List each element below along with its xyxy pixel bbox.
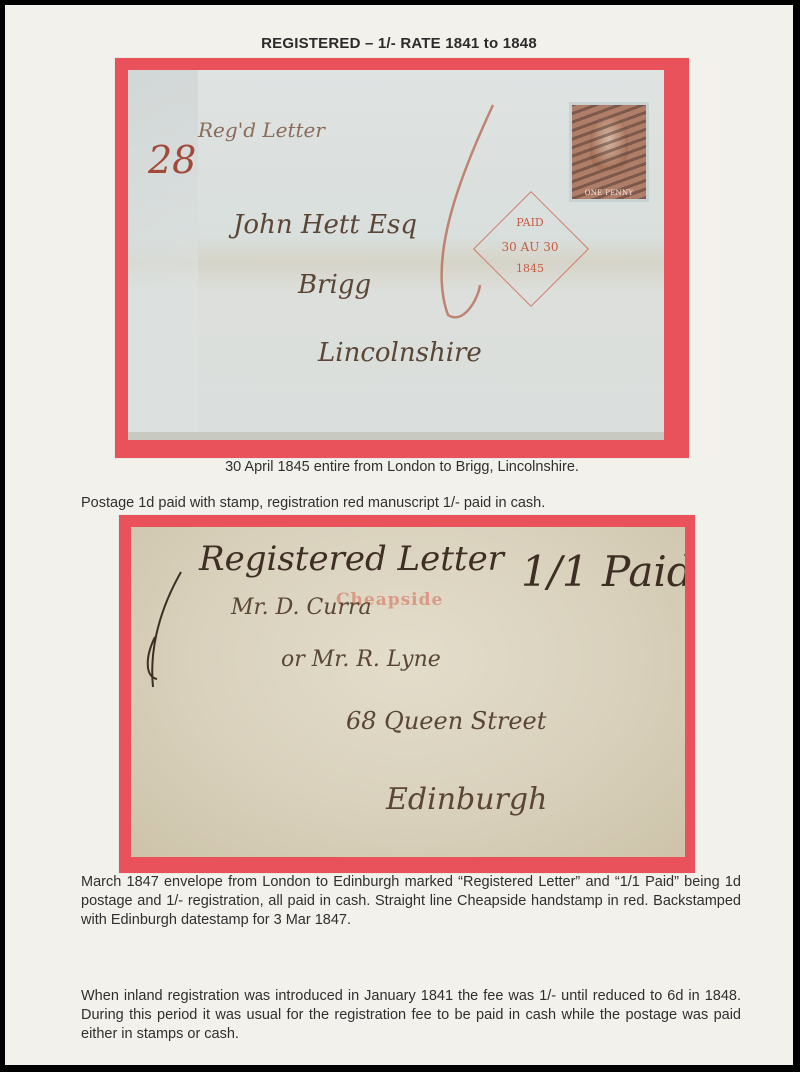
- album-page: REGISTERED – 1/- RATE 1841 to 1848 28 Re…: [5, 5, 793, 1065]
- address-line-2: Brigg: [298, 270, 371, 300]
- penny-red-stamp: ONE PENNY: [569, 102, 649, 202]
- entire-1845-image: 28 Reg'd Letter John Hett Esq Brigg Linc…: [128, 70, 664, 440]
- cancellation-marks: [572, 105, 646, 199]
- paid-inscription: 1/1 Paid.: [521, 547, 685, 596]
- stamp-value: ONE PENNY: [572, 189, 646, 197]
- address-line-3: Lincolnshire: [318, 338, 482, 368]
- cover-mount-1845: 28 Reg'd Letter John Hett Esq Brigg Linc…: [115, 58, 689, 458]
- caption-1847: March 1847 envelope from London to Edinb…: [81, 873, 741, 930]
- paper-edge: [128, 432, 664, 440]
- envelope-1847-image: Registered Letter 1/1 Paid. Cheapside Mr…: [131, 527, 685, 857]
- margin-manuscript: [141, 567, 191, 697]
- registered-letter-inscription: Registered Letter: [199, 539, 504, 579]
- cover-mount-1847: Registered Letter 1/1 Paid. Cheapside Mr…: [119, 515, 695, 873]
- address-line-1: John Hett Esq: [233, 210, 417, 240]
- address-line-3: 68 Queen Street: [346, 707, 546, 735]
- caption-1845: 30 April 1845 entire from London to Brig…: [115, 458, 689, 477]
- paid-stamp-label: PAID: [494, 216, 566, 229]
- address-line-4: Edinburgh: [386, 782, 547, 817]
- page-title: REGISTERED – 1/- RATE 1841 to 1848: [5, 35, 793, 52]
- address-line-1: Mr. D. Curra: [231, 595, 372, 620]
- red-manuscript-stroke: [418, 100, 508, 330]
- manuscript-fee: 28: [148, 138, 196, 182]
- historical-note: When inland registration was introduced …: [81, 987, 741, 1044]
- paid-stamp-date: 30 AU 30: [486, 240, 574, 254]
- paper-fold: [128, 70, 198, 440]
- manuscript-registered: Reg'd Letter: [198, 118, 325, 142]
- paid-stamp-year: 1845: [494, 262, 566, 275]
- note-1845: Postage 1d paid with stamp, registration…: [81, 494, 731, 513]
- address-line-2: or Mr. R. Lyne: [281, 647, 441, 672]
